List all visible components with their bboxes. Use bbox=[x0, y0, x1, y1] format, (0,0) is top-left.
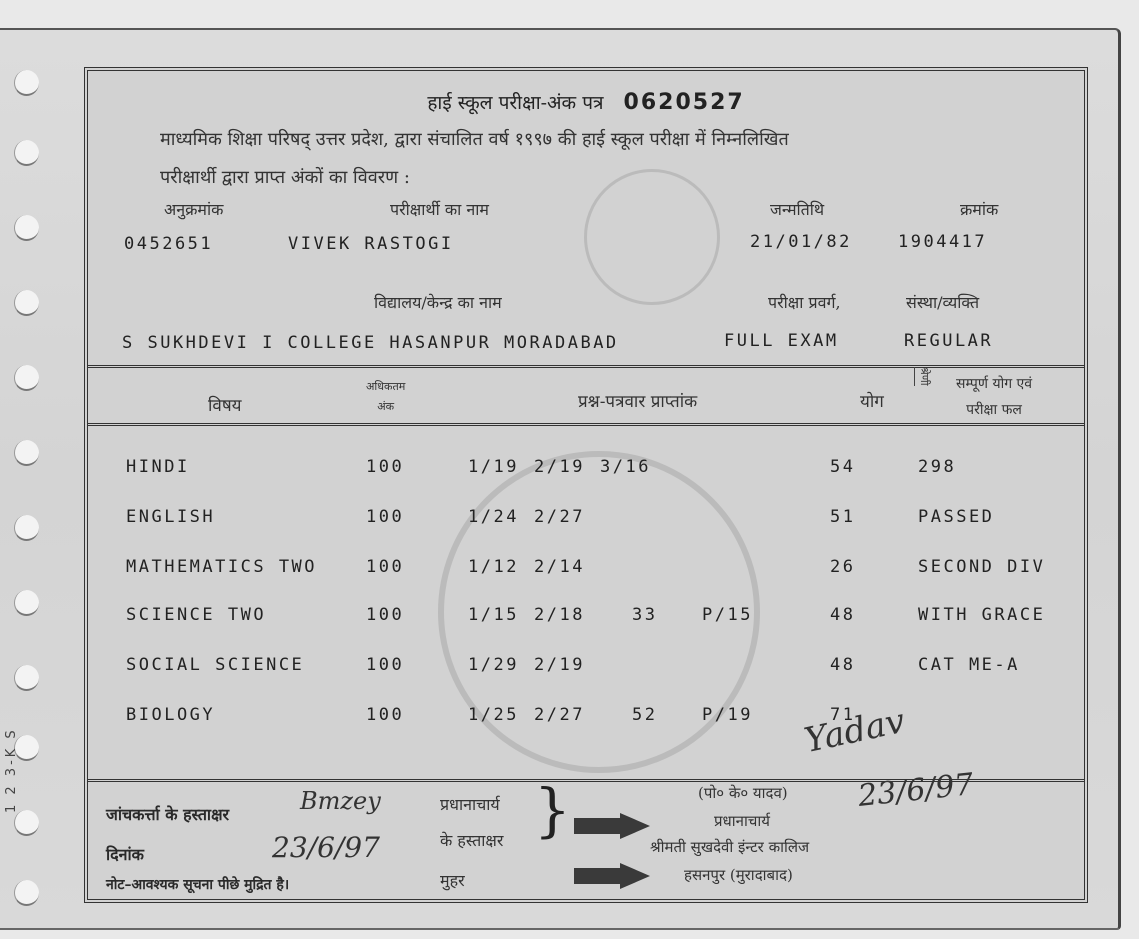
total: 48 bbox=[830, 605, 855, 625]
paper-3: 33 bbox=[632, 605, 657, 625]
result: CAT ME-A bbox=[918, 655, 1020, 675]
paper-2: 2/14 bbox=[534, 557, 585, 577]
max-marks: 100 bbox=[366, 507, 404, 527]
col-total: योग bbox=[860, 389, 884, 412]
punch-hole bbox=[14, 215, 39, 241]
punch-hole bbox=[14, 590, 39, 616]
col-result: सम्पूर्ण योग एवं परीक्षा फल bbox=[956, 371, 1032, 423]
seal-label: मुहर bbox=[440, 869, 465, 891]
paper-1: 1/25 bbox=[468, 705, 519, 725]
punch-hole bbox=[14, 880, 39, 906]
paper-2: 2/27 bbox=[534, 507, 585, 527]
max-marks: 100 bbox=[366, 457, 404, 477]
marksheet-title: हाई स्कूल परीक्षा-अंक पत्र 0620527 bbox=[88, 89, 1084, 115]
paper-1: 1/15 bbox=[468, 605, 519, 625]
max-marks: 100 bbox=[366, 655, 404, 675]
max-marks: 100 bbox=[366, 605, 404, 625]
school-label: विद्यालय/केन्द्र का नाम bbox=[374, 291, 502, 313]
punch-hole bbox=[14, 440, 39, 466]
paper-2: 2/27 bbox=[534, 705, 585, 725]
roll-number-label: अनुक्रमांक bbox=[164, 198, 223, 220]
check-date: 23/6/97 bbox=[272, 831, 380, 864]
margin-code: 1 2 3-K S bbox=[4, 700, 26, 840]
stamp-school: श्रीमती सुखदेवी इंन्टर कालिज bbox=[650, 837, 809, 857]
total: 26 bbox=[830, 557, 855, 577]
col-subject: विषय bbox=[208, 393, 242, 416]
title-text: हाई स्कूल परीक्षा-अंक पत्र bbox=[427, 92, 603, 114]
table-row: MATHEMATICS TWO 100 1/12 2/14 26 SECOND … bbox=[88, 557, 1084, 587]
table-row: SOCIAL SCIENCE 100 1/29 2/19 48 CAT ME-A bbox=[88, 655, 1084, 685]
subject: BIOLOGY bbox=[126, 705, 215, 725]
date-of-birth: 21/01/82 bbox=[750, 232, 852, 252]
checker-signature: Bmzey bbox=[300, 787, 381, 815]
divider bbox=[88, 423, 1084, 426]
divider bbox=[88, 365, 1084, 368]
stamp-location: हसनपुर (मुरादाबाद) bbox=[684, 865, 793, 885]
arrow-right-icon bbox=[574, 813, 650, 839]
table-row: ENGLISH 100 1/24 2/27 51 PASSED bbox=[88, 507, 1084, 537]
serial-label: क्रमांक bbox=[960, 198, 998, 220]
exam-type: REGULAR bbox=[904, 331, 993, 351]
total: 48 bbox=[830, 655, 855, 675]
paper-2: 2/18 bbox=[534, 605, 585, 625]
type-label: संस्था/व्यक्ति bbox=[906, 291, 979, 313]
result: SECOND DIV bbox=[918, 557, 1045, 577]
col-paperwise-marks: प्रश्न-पत्रवार प्राप्तांक bbox=[578, 389, 697, 412]
total: 51 bbox=[830, 507, 855, 527]
stamp-name: (पो० के० यादव) bbox=[698, 783, 788, 803]
date-label: दिनांक bbox=[106, 843, 144, 865]
punch-hole bbox=[14, 70, 39, 96]
subject: ENGLISH bbox=[126, 507, 215, 527]
col-grade: श्रेणी bbox=[914, 367, 932, 386]
principal-sign-date: 23/6/97 bbox=[856, 767, 975, 814]
table-row: HINDI 100 1/19 2/19 3/16 54 298 bbox=[88, 457, 1084, 487]
exam-category: FULL EXAM bbox=[724, 331, 839, 351]
practical: P/19 bbox=[702, 705, 753, 725]
punch-hole bbox=[14, 140, 39, 166]
subject: SOCIAL SCIENCE bbox=[126, 655, 304, 675]
note: नोट–आवश्यक सूचना पीछे मुद्रित है। bbox=[106, 875, 289, 894]
subject: SCIENCE TWO bbox=[126, 605, 266, 625]
table-row: BIOLOGY 100 1/25 2/27 52 P/19 71 bbox=[88, 705, 1084, 735]
paper-2: 2/19 bbox=[534, 457, 585, 477]
brace-icon: } bbox=[534, 781, 571, 839]
roll-number: 0452651 bbox=[124, 234, 213, 254]
paper-1: 1/12 bbox=[468, 557, 519, 577]
col-max-marks: अधिकतम अंक bbox=[366, 377, 405, 417]
checker-signature-label: जांचकर्त्ता के हस्ताक्षर bbox=[106, 803, 229, 825]
intro-line-2: परीक्षार्थी द्वारा प्राप्त अंकों का विवर… bbox=[160, 159, 1060, 197]
marksheet-form: हाई स्कूल परीक्षा-अंक पत्र 0620527 माध्य… bbox=[84, 67, 1088, 903]
subject: MATHEMATICS TWO bbox=[126, 557, 317, 577]
punch-hole bbox=[14, 515, 39, 541]
category-label: परीक्षा प्रवर्ग, bbox=[768, 291, 841, 313]
paper-3: 52 bbox=[632, 705, 657, 725]
principal-signature-label: प्रधानाचार्य bbox=[440, 793, 500, 815]
paper-1: 1/19 bbox=[468, 457, 519, 477]
intro-line-1: माध्यमिक शिक्षा परिषद् उत्तर प्रदेश, द्व… bbox=[160, 121, 1060, 159]
stamp-designation: प्रधानाचार्य bbox=[714, 811, 770, 831]
practical: P/15 bbox=[702, 605, 753, 625]
paper-1: 1/24 bbox=[468, 507, 519, 527]
result: WITH GRACE bbox=[918, 605, 1045, 625]
principal-signature-label-2: के हस्ताक्षर bbox=[440, 829, 503, 851]
total: 54 bbox=[830, 457, 855, 477]
paper-2: 2/19 bbox=[534, 655, 585, 675]
paper-1: 1/29 bbox=[468, 655, 519, 675]
paper-3: 3/16 bbox=[600, 457, 651, 477]
candidate-name-label: परीक्षार्थी का नाम bbox=[390, 198, 489, 220]
school-name: S SUKHDEVI I COLLEGE HASANPUR MORADABAD bbox=[122, 333, 619, 353]
intro-paragraph: माध्यमिक शिक्षा परिषद् उत्तर प्रदेश, द्व… bbox=[160, 121, 1060, 197]
subject: HINDI bbox=[126, 457, 190, 477]
punch-hole bbox=[14, 665, 39, 691]
punch-hole bbox=[14, 290, 39, 316]
dob-label: जन्मतिथि bbox=[770, 198, 824, 220]
max-marks: 100 bbox=[366, 557, 404, 577]
result: 298 bbox=[918, 457, 956, 477]
max-marks: 100 bbox=[366, 705, 404, 725]
candidate-name: VIVEK RASTOGI bbox=[288, 234, 454, 254]
serial-no: 1904417 bbox=[898, 232, 987, 252]
arrow-right-icon bbox=[574, 863, 650, 889]
table-row: SCIENCE TWO 100 1/15 2/18 33 P/15 48 WIT… bbox=[88, 605, 1084, 635]
punch-hole bbox=[14, 365, 39, 391]
serial-number: 0620527 bbox=[624, 90, 745, 115]
result: PASSED bbox=[918, 507, 994, 527]
